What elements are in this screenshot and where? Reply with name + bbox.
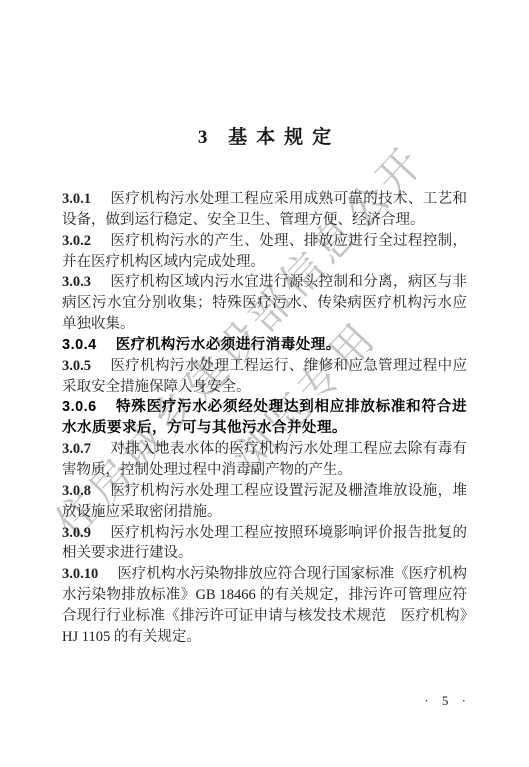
clause-number: 3.0.6 (62, 399, 97, 415)
page-content: 3 基本规定 3.0.1医疗机构污水处理工程应采用成熟可靠的技术、工艺和设备，做… (0, 0, 529, 648)
clause-number: 3.0.9 (62, 525, 91, 541)
clause-3.0.5: 3.0.5医疗机构污水处理工程运行、维修和应急管理过程中应采取安全措施保障人身安… (62, 356, 467, 398)
clause-3.0.2: 3.0.2医疗机构污水的产生、处理、排放应进行全过程控制，并在医疗机构区域内完成… (62, 231, 467, 273)
clause-3.0.1: 3.0.1医疗机构污水处理工程应采用成熟可靠的技术、工艺和设备，做到运行稳定、安… (62, 189, 467, 231)
clause-number: 3.0.8 (62, 483, 91, 499)
clause-text: 医疗机构水污染物排放应符合现行国家标准《医疗机构水污染物排放标准》GB 1846… (62, 566, 467, 645)
clause-number: 3.0.10 (62, 566, 98, 582)
clause-number: 3.0.5 (62, 358, 91, 374)
clause-3.0.9: 3.0.9医疗机构污水处理工程应按照环境影响评价报告批复的相关要求进行建设。 (62, 523, 467, 565)
clause-number: 3.0.4 (62, 337, 97, 353)
chapter-number: 3 (198, 127, 208, 148)
clause-number: 3.0.1 (62, 191, 91, 207)
document-page: 住房城乡建设部信息公开 浏览专用 3 基本规定 3.0.1医疗机构污水处理工程应… (0, 0, 529, 767)
clause-3.0.10: 3.0.10医疗机构水污染物排放应符合现行国家标准《医疗机构水污染物排放标准》G… (62, 564, 467, 647)
clause-number: 3.0.7 (62, 441, 91, 457)
clause-3.0.8: 3.0.8医疗机构污水处理工程应设置污泥及栅渣堆放设施，堆放设施应采取密闭措施。 (62, 481, 467, 523)
chapter-title: 3 基本规定 (0, 0, 529, 149)
clause-text: 医疗机构污水的产生、处理、排放应进行全过程控制，并在医疗机构区域内完成处理。 (62, 233, 467, 270)
clause-list: 3.0.1医疗机构污水处理工程应采用成熟可靠的技术、工艺和设备，做到运行稳定、安… (62, 189, 467, 648)
clause-text: 医疗机构污水处理工程应设置污泥及栅渣堆放设施，堆放设施应采取密闭措施。 (62, 483, 467, 520)
clause-text: 医疗机构区域内污水宜进行源头控制和分离，病区与非病区污水宜分别收集；特殊医疗污水… (62, 274, 467, 332)
clause-text: 医疗机构污水必须进行消毒处理。 (116, 337, 341, 353)
clause-3.0.6: 3.0.6特殊医疗污水必须经处理达到相应排放标准和符合进水水质要求后，方可与其他… (62, 397, 467, 439)
clause-text: 医疗机构污水处理工程应采用成熟可靠的技术、工艺和设备，做到运行稳定、安全卫生、管… (62, 191, 467, 228)
clause-number: 3.0.2 (62, 233, 91, 249)
clause-text: 医疗机构污水处理工程运行、维修和应急管理过程中应采取安全措施保障人身安全。 (62, 358, 467, 395)
clause-3.0.3: 3.0.3医疗机构区域内污水宜进行源头控制和分离，病区与非病区污水宜分别收集；特… (62, 272, 467, 335)
clause-text: 对排入地表水体的医疗机构污水处理工程应去除有毒有害物质，控制处理过程中消毒副产物… (62, 441, 467, 478)
clause-number: 3.0.3 (62, 274, 91, 290)
clause-text: 医疗机构污水处理工程应按照环境影响评价报告批复的相关要求进行建设。 (62, 525, 467, 562)
clause-3.0.7: 3.0.7对排入地表水体的医疗机构污水处理工程应去除有毒有害物质，控制处理过程中… (62, 439, 467, 481)
clause-3.0.4: 3.0.4医疗机构污水必须进行消毒处理。 (62, 335, 467, 356)
clause-text: 特殊医疗污水必须经处理达到相应排放标准和符合进水水质要求后，方可与其他污水合并处… (62, 399, 467, 436)
chapter-title-text: 基本规定 (228, 127, 340, 148)
page-number: · 5 · (424, 693, 471, 709)
